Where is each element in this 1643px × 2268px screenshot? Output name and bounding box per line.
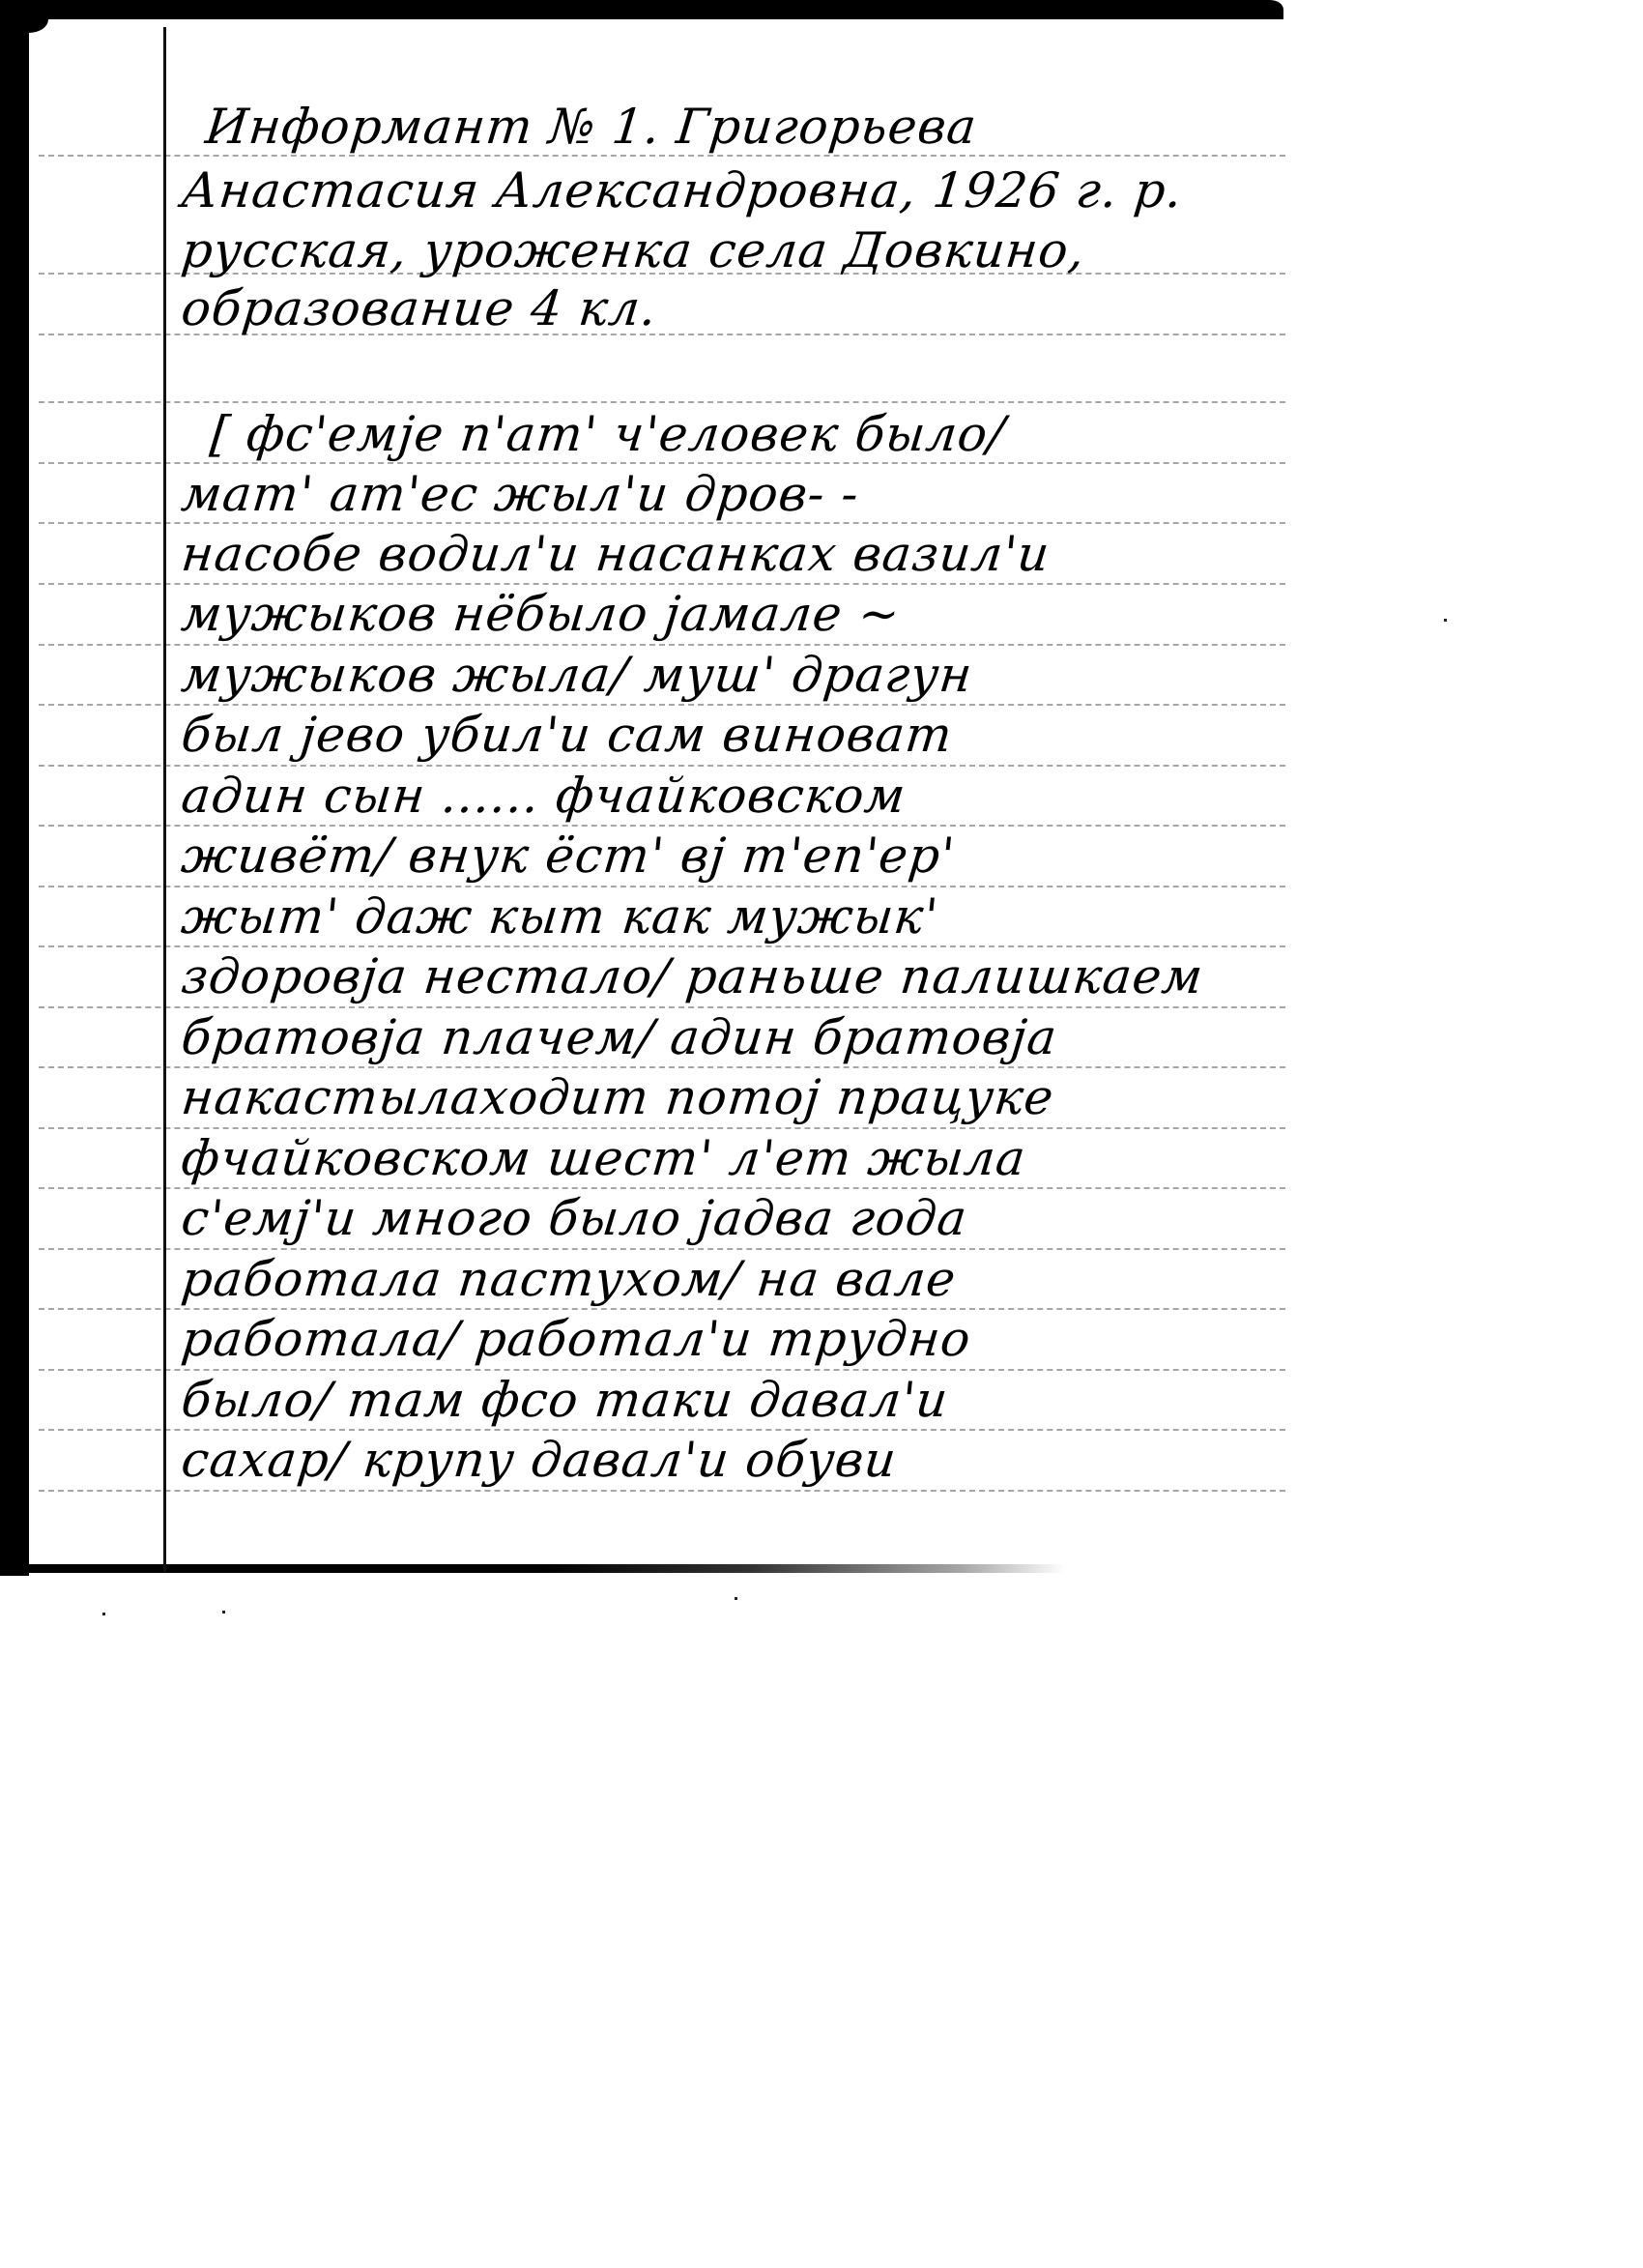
ruling-line [39,155,1285,157]
paper-corner [29,19,48,33]
transcription-line-17: было/ там фсо таки давал'и [179,1372,951,1428]
transcription-line-11: братовја плачем/ адин братовја [179,1009,1060,1065]
transcription-line-1: [ фс'емје п'ат' ч'еловек было/ [208,406,1008,462]
transcription-line-4: мужыков нёбыло јамале ~ [179,586,903,642]
transcription-line-15: работала пастухом/ на вале [179,1251,959,1307]
ruling-line [39,462,1285,464]
ruling-line [39,401,1285,403]
transcription-line-3: насобе водил'и насанках вазил'и [179,526,1052,582]
ruling-line [39,765,1285,767]
ruling-line [39,945,1285,947]
ruling-line [39,583,1285,585]
transcription-line-5: мужыков жыла/ муш' драгун [179,647,975,703]
header-line-4: образование 4 кл. [179,280,660,336]
transcription-line-7: адин сын ...... фчайковском [179,768,908,824]
ruling-line [39,644,1285,646]
scan-border-bottom [21,1564,1065,1573]
scan-speck [222,1611,225,1614]
ruling-line [39,886,1285,887]
scanned-page: Информант № 1. Григорьева Анастасия Алек… [0,0,1643,2268]
transcription-line-18: сахар/ крупу давал'и обуви [179,1432,900,1488]
ruling-line [39,522,1285,524]
ruling-line [39,825,1285,827]
transcription-line-6: был јево убил'и сам виноват [179,707,955,763]
scan-speck [1444,619,1447,622]
ruling-line [39,1127,1285,1129]
ruling-line [39,1006,1285,1008]
transcription-line-2: мат' ат'ес жыл'и дров- - [179,466,862,522]
transcription-line-12: накастылаходит потој працуке [179,1069,1056,1125]
ruling-line [39,1248,1285,1250]
ruling-line [39,1308,1285,1310]
ruling-line [39,1187,1285,1189]
scan-speck [735,1597,737,1600]
ruling-line [39,1490,1285,1492]
transcription-line-16: работала/ работал'и трудно [179,1311,974,1367]
scan-speck [102,1613,105,1615]
ruling-line [39,1369,1285,1371]
transcription-line-9: жыт' даж кыт как мужык' [179,888,941,945]
transcription-line-10: здоровја нестало/ раньше палишкаем [179,948,1206,1004]
transcription-line-14: с'емј'и много было јадва года [179,1190,970,1246]
scan-border-left [0,0,29,1576]
ruling-line [39,704,1285,706]
scan-border-top [0,0,1283,19]
header-line-1: Информант № 1. Григорьева [203,99,980,155]
header-line-2: Анастасия Александровна, 1926 г. р. [179,162,1186,218]
ruling-line [39,1429,1285,1431]
transcription-line-13: фчайковском шест' л'ет жыла [179,1130,1028,1186]
transcription-line-8: живёт/ внук ёст' вј т'еп'ер' [179,828,958,884]
notebook-margin-line [163,27,166,1572]
header-line-3: русская, уроженка села Довкино, [179,222,1088,278]
ruling-line [39,1066,1285,1068]
